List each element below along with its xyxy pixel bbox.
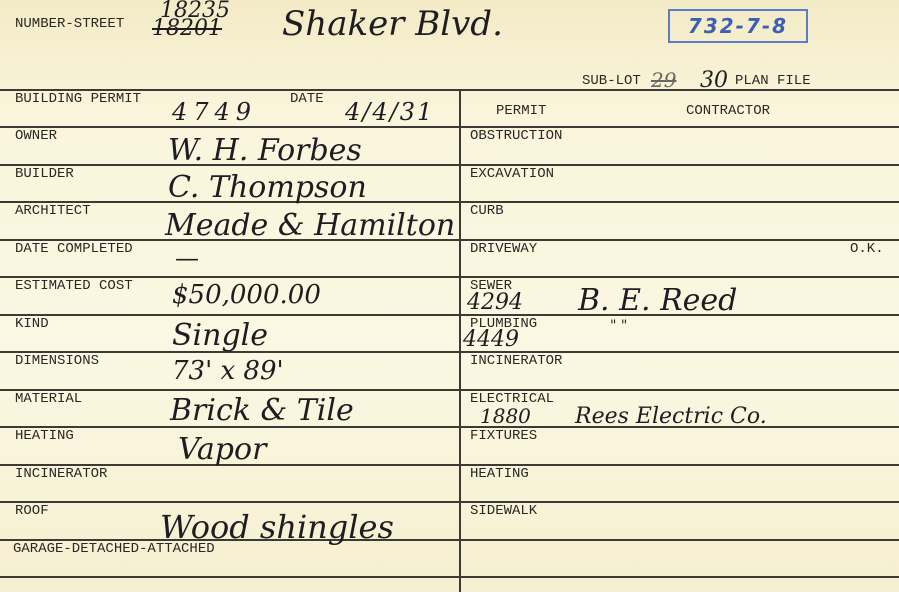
value-builder: C. Thompson [168,170,367,205]
label-kind: KIND [15,316,49,332]
label-owner: OWNER [15,128,57,144]
rule [0,389,899,391]
label-date-completed: DATE COMPLETED [15,241,133,257]
value-roof: Wood shingles [160,508,394,546]
label-roof: ROOF [15,503,49,519]
value-architect: Meade & Hamilton [165,208,455,243]
value-plumbing-permit: 4449 [463,327,519,352]
sublot-label: SUB-LOT [582,73,641,89]
label-heating-permit: HEATING [470,466,529,482]
label-material: MATERIAL [15,391,82,407]
label-obstruction: OBSTRUCTION [470,128,562,144]
rule [0,351,899,353]
rule [0,501,899,503]
value-driveway-contractor: O.K. [850,241,884,257]
sublot-value: 30 [700,68,728,93]
column-divider [459,90,461,592]
label-incinerator: INCINERATOR [15,466,107,482]
label-fixtures: FIXTURES [470,428,537,444]
label-building-permit: BUILDING PERMIT [15,91,141,107]
label-builder: BUILDER [15,166,74,182]
number-street-label: NUMBER-STREET [15,16,124,32]
label-excavation: EXCAVATION [470,166,554,182]
rule [0,201,899,203]
house-number-struck: 18201 [152,16,222,41]
label-heating: HEATING [15,428,74,444]
label-curb: CURB [470,203,504,219]
rule [0,314,899,316]
label-date: DATE [290,91,324,107]
value-sewer-permit: 4294 [467,290,523,315]
file-number-stamp: 732-7-8 [668,9,808,43]
value-date: 4/4/31 [345,98,434,126]
value-owner: W. H. Forbes [168,133,362,168]
street-name: Shaker Blvd. [282,4,503,44]
rule [0,276,899,278]
rule [0,576,899,578]
sublot-struck: 29 [651,68,676,92]
value-building-permit: 4749 [172,98,257,126]
label-dimensions: DIMENSIONS [15,353,99,369]
label-estimated-cost: ESTIMATED COST [15,278,133,294]
plan-file-label: PLAN FILE [735,73,811,89]
value-material: Brick & Tile [170,393,354,428]
label-driveway: DRIVEWAY [470,241,537,257]
value-electrical-permit: 1880 [480,404,531,428]
value-dimensions: 73' x 89' [172,356,284,386]
value-electrical-contractor: Rees Electric Co. [575,404,767,429]
rule [0,164,899,166]
rule [0,464,899,466]
label-architect: ARCHITECT [15,203,91,219]
header-permit: PERMIT [496,103,546,119]
value-kind: Single [172,318,268,353]
value-estimated-cost: $50,000.00 [172,280,321,310]
value-heating: Vapor [178,432,266,467]
label-incinerator-permit: INCINERATOR [470,353,562,369]
permit-card: NUMBER-STREET 18235 18201 Shaker Blvd. 7… [0,0,899,592]
label-sidewalk: SIDEWALK [470,503,537,519]
value-sewer-contractor: B. E. Reed [578,283,737,318]
value-plumbing-contractor: " " [610,318,627,334]
rule [0,126,899,128]
header-contractor: CONTRACTOR [686,103,770,119]
value-date-completed: — [175,244,199,272]
